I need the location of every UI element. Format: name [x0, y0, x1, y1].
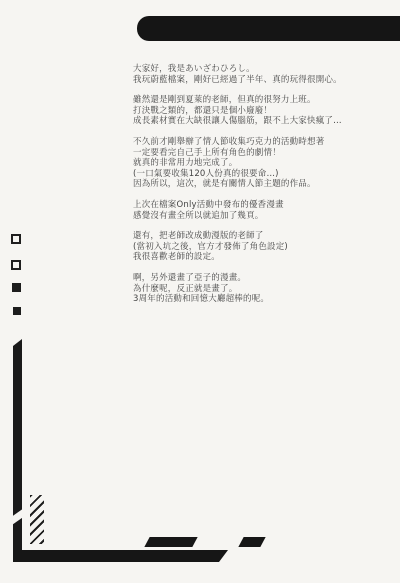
text-line: 啊，另外還畫了亞子的漫畫。 [133, 273, 383, 284]
text-line: 一定要看完自己手上所有角色的劇情！ [133, 148, 383, 159]
outline-square-ornament [11, 260, 21, 270]
text-line: 大家好，我是あいざわひろし。 [133, 64, 383, 75]
afterword-text: 大家好，我是あいざわひろし。 我玩蔚藍檔案，剛好已經過了半年、真的玩得很開心。 … [133, 64, 383, 315]
left-vertical-bar [13, 339, 22, 562]
paragraph-only-event: 上次在檔案Only活動中發布的優香漫畫 感覺沒有畫全所以就追加了幾頁。 [133, 200, 383, 221]
paragraph-greeting: 大家好，我是あいざわひろし。 我玩蔚藍檔案，剛好已經過了半年、真的玩得很開心。 [133, 64, 383, 85]
text-line: (當初入坑之後，官方才發佈了角色設定) [133, 242, 383, 253]
paragraph-sensei: 雖然還是剛到夏萊的老師，但真的很努力上班。 打決戰之類的，都還只是個小廢廢！ 成… [133, 95, 383, 127]
paragraph-sensei-design: 還有，把老師改成動漫版的老師了 (當初入坑之後，官方才發佈了角色設定) 我很喜歡… [133, 231, 383, 263]
outline-square-ornament [11, 234, 21, 244]
afterword-page: 大家好，我是あいざわひろし。 我玩蔚藍檔案，剛好已經過了半年、真的玩得很開心。 … [0, 0, 400, 583]
text-line: 打決戰之類的，都還只是個小廢廢！ [133, 106, 383, 117]
skewed-bar-ornament-small [238, 537, 265, 547]
text-line: 成長素材實在大缺很讓人傷腦筋，跟不上大家快瘋了… [133, 116, 383, 127]
top-black-bar [137, 16, 400, 41]
text-line: 上次在檔案Only活動中發布的優香漫畫 [133, 200, 383, 211]
skewed-bar-ornament [144, 537, 197, 547]
bottom-horizontal-bar [13, 550, 228, 562]
filled-square-ornament [13, 307, 21, 315]
diagonal-hatch-marks [30, 495, 44, 544]
text-line: 還有，把老師改成動漫版的老師了 [133, 231, 383, 242]
text-line: 3周年的活動和回憶大廳超棒的呢。 [133, 294, 383, 305]
text-line: 因為所以，這次，就是有關情人節主題的作品。 [133, 179, 383, 190]
text-line: (一口氣要收集120人份真的很要命…) [133, 169, 383, 180]
text-line: 不久前才剛舉辦了情人節收集巧克力的活動時想著 [133, 137, 383, 148]
text-line: 我很喜歡老師的設定。 [133, 252, 383, 263]
paragraph-closing: 啊，另外還畫了亞子的漫畫。 為什麼呢，反正就是畫了。 3周年的活動和回憶大廳超棒… [133, 273, 383, 305]
text-line: 雖然還是剛到夏萊的老師，但真的很努力上班。 [133, 95, 383, 106]
filled-square-ornament [12, 283, 21, 292]
text-line: 就真的非常用力地完成了。 [133, 158, 383, 169]
text-line: 我玩蔚藍檔案，剛好已經過了半年、真的玩得很開心。 [133, 75, 383, 86]
text-line: 為什麼呢，反正就是畫了。 [133, 284, 383, 295]
text-line: 感覺沒有畫全所以就追加了幾頁。 [133, 211, 383, 222]
paragraph-valentine-event: 不久前才剛舉辦了情人節收集巧克力的活動時想著 一定要看完自己手上所有角色的劇情！… [133, 137, 383, 190]
